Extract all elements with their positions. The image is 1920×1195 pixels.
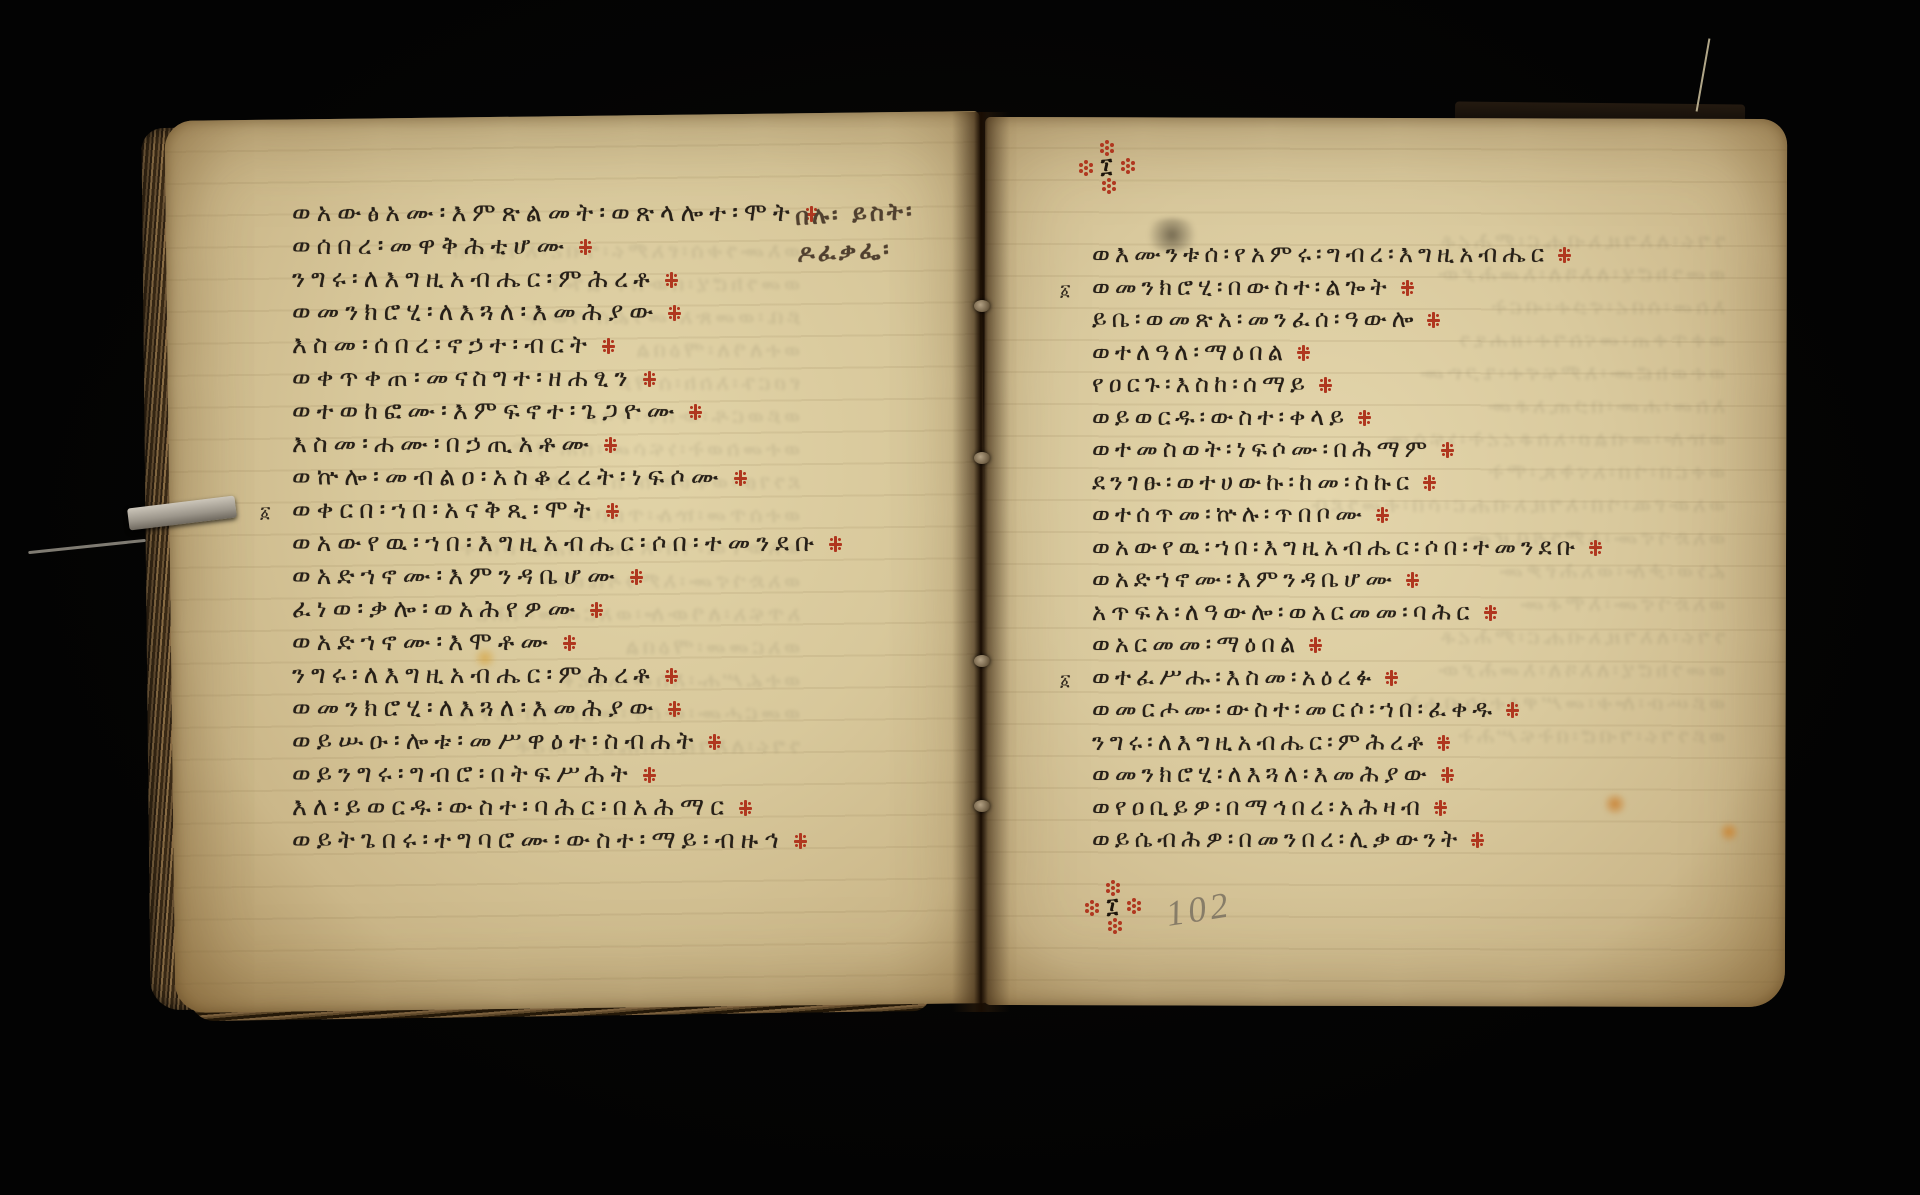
- rubric-cross-icon: [708, 734, 721, 750]
- rubric-cross-icon: [643, 371, 656, 387]
- rubric-cross-icon: [668, 701, 681, 717]
- rubric-cross-icon: [1484, 605, 1497, 621]
- geez-text: ወተለዓለ፡ማዕበል: [1092, 338, 1288, 366]
- manuscript-line: ወይሡዑ፡ሎቱ፡መሥዋዕተ፡ስብሐት: [292, 724, 842, 757]
- geez-text: የዐርጉ፡እስከ፡ሰማይ: [1092, 370, 1310, 398]
- manuscript-line: እለ፡ይወርዱ፡ውስተ፡ባሕር፡በአሕማር: [292, 790, 842, 823]
- sewing-thread-knot: [974, 300, 990, 312]
- rosette-icon: [1132, 904, 1136, 908]
- rosette-icon: [1105, 146, 1109, 150]
- geez-text: እስመ፡ሐሙ፡በኃጢአቶሙ: [292, 429, 595, 458]
- rubric-cross-icon: [1376, 507, 1389, 523]
- manuscript-line: ወይሴብሕዎ፡በመንበረ፡ሊቃውንት: [1092, 823, 1602, 856]
- rubric-cross-icon: [1437, 735, 1450, 751]
- geez-text: ወአድኀኖሙ፡እሞቶሙ: [292, 627, 554, 656]
- rubric-cross-icon: [739, 800, 752, 816]
- rubric-cross-icon: [1558, 247, 1571, 263]
- rubric-cross-icon: [602, 338, 615, 354]
- geez-text: ወቀጥቀጠ፡መናስግተ፡ዘሐፂን: [292, 363, 634, 392]
- manuscript-line: ወተለዓለ፡ማዕበል: [1092, 336, 1602, 369]
- cursive-annotation: በሉ፡ ይስት፡ ዶፈቃፌ፡: [794, 189, 988, 273]
- manuscript-line: ወመርሖሙ፡ውስተ፡መርሶ፡ኀበ፡ፈቀዱ: [1092, 693, 1602, 726]
- geez-text: ወተሰጥመ፡ኵሉ፡ጥበቦሙ: [1092, 500, 1367, 528]
- right-page-text-column: ወእሙንቱሰ፡የአምሩ፡ግብረ፡እግዚአብሔር፩ወመንክሮሂ፡በውስተ፡ልጐትይ…: [1092, 238, 1602, 856]
- geez-text: ወመንክሮሂ፡ለእጓለ፡እመሕያው: [1092, 760, 1432, 788]
- geez-text: ፈነወ፡ቃሎ፡ወአሕየዎሙ: [292, 594, 581, 623]
- marginal-number: ፩: [1060, 665, 1070, 698]
- parchment-stain: [1718, 822, 1740, 842]
- rubric-cross-icon: [794, 833, 807, 849]
- manuscript-line: ይቤ፡ወመጽአ፡መንፈሰ፡ዓውሎ: [1092, 303, 1602, 336]
- rosette-icon: [1084, 166, 1088, 170]
- rubric-cross-icon: [643, 767, 656, 783]
- geez-text: ንግሩ፡ለእግዚአብሔር፡ምሕረቶ: [1092, 728, 1428, 756]
- manuscript-line: እስመ፡ሐሙ፡በኃጢአቶሙ: [292, 427, 842, 460]
- rubric-cross-icon: [668, 305, 681, 321]
- geez-text: ወሰበረ፡መዋቅሕቲሆሙ: [292, 231, 570, 260]
- manuscript-line: ንግሩ፡ለእግዚአብሔር፡ምሕረቶ: [292, 658, 842, 691]
- rosette-icon: [1090, 906, 1094, 910]
- manuscript-line: ወተወከፎሙ፡እምፍኖተ፡ጌጋዮሙ: [292, 394, 842, 427]
- rubric-cross-icon: [1297, 345, 1310, 361]
- manuscript-line: ፩ወመንክሮሂ፡በውስተ፡ልጐት: [1092, 271, 1602, 304]
- manuscript-line: ወቀጥቀጠ፡መናስግተ፡ዘሐፂን: [292, 361, 842, 394]
- quire-mark-bottom: ፲: [1082, 878, 1144, 936]
- manuscript-line: ወመንክሮሂ፡ለእጓለ፡እመሕያው: [1092, 758, 1602, 791]
- rosette-icon: [1111, 886, 1115, 890]
- rubric-cross-icon: [579, 239, 592, 255]
- rubric-cross-icon: [734, 470, 747, 486]
- manuscript-line: ፩ወቀርበ፡ኀበ፡አናቅጺ፡ሞት: [292, 493, 842, 526]
- manuscript-line: ወአውየዉ፡ኀበ፡እግዚአብሔር፡ሶበ፡ተመንደቡ: [1092, 531, 1602, 564]
- manuscript-line: ንግሩ፡ለእግዚአብሔር፡ምሕረቶ: [1092, 726, 1602, 759]
- geez-text: ወአድኀኖሙ፡እምንዳቤሆሙ: [1092, 565, 1397, 593]
- manuscript-line: ፈነወ፡ቃሎ፡ወአሕየዎሙ: [292, 592, 842, 625]
- quire-numeral: ፲: [1107, 894, 1119, 919]
- geez-text: ወአውየዉ፡ኀበ፡እግዚአብሔር፡ሶበ፡ተመንደቡ: [292, 528, 820, 557]
- rubric-cross-icon: [606, 503, 619, 519]
- geez-text: ደንገፁ፡ወተሀውኩ፡ከመ፡ስኩር: [1092, 468, 1414, 496]
- geez-text: ወይሴብሕዎ፡በመንበረ፡ሊቃውንት: [1092, 825, 1462, 853]
- geez-text: እለ፡ይወርዱ፡ውስተ፡ባሕር፡በአሕማር: [292, 792, 730, 821]
- geez-text: ወመንክሮሂ፡ለእጓለ፡እመሕያው: [292, 297, 659, 326]
- geez-text: ንግሩ፡ለእግዚአብሔር፡ምሕረቶ: [292, 660, 656, 689]
- manuscript-line: ወአድኀኖሙ፡እምንዳቤሆሙ: [292, 559, 842, 592]
- manuscript-line: ወሰበረ፡መዋቅሕቲሆሙ: [292, 229, 842, 262]
- rubric-cross-icon: [1309, 637, 1322, 653]
- sewing-thread-knot: [974, 655, 990, 667]
- rubric-cross-icon: [689, 404, 702, 420]
- rubric-cross-icon: [563, 635, 576, 651]
- manuscript-line: ወአውፅአሙ፡እምጽልመት፡ወጽላሎተ፡ሞት: [292, 196, 842, 229]
- manuscript-line: ፩ወተፈሥሑ፡እስመ፡አዕረፉ: [1092, 661, 1602, 694]
- marginal-number: ፩: [260, 497, 270, 530]
- rubric-cross-icon: [665, 668, 678, 684]
- rubric-cross-icon: [1441, 442, 1454, 458]
- manuscript-line: ወመንክሮሂ፡ለእጓለ፡እመሕያው: [292, 295, 842, 328]
- rubric-cross-icon: [1423, 475, 1436, 491]
- geez-text: ወይወርዱ፡ውስተ፡ቀላይ: [1092, 403, 1349, 431]
- rubric-cross-icon: [829, 536, 842, 552]
- stray-fiber: [1696, 38, 1711, 111]
- geez-text: ወተመስወት፡ነፍሶሙ፡በሕማም: [1092, 435, 1432, 463]
- parchment-stain: [472, 648, 498, 668]
- manuscript-line: ወአውየዉ፡ኀበ፡እግዚአብሔር፡ሶበ፡ተመንደቡ: [292, 526, 842, 559]
- rubric-cross-icon: [1506, 702, 1519, 718]
- rubric-cross-icon: [1427, 312, 1440, 328]
- geez-text: ወተፈሥሑ፡እስመ፡አዕረፉ: [1092, 663, 1376, 691]
- rubric-cross-icon: [1434, 800, 1447, 816]
- rubric-cross-icon: [1406, 572, 1419, 588]
- geez-text: ንግሩ፡ለእግዚአብሔር፡ምሕረቶ: [292, 264, 656, 293]
- geez-text: ወመንክሮሂ፡ለእጓለ፡እመሕያው: [292, 693, 659, 722]
- left-page-text-column: ወአውፅአሙ፡እምጽልመት፡ወጽላሎተ፡ሞትወሰበረ፡መዋቅሕቲሆሙንግሩ፡ለእ…: [292, 196, 842, 856]
- marginal-number: ፩: [1060, 275, 1070, 308]
- rosette-icon: [1107, 184, 1111, 188]
- manuscript-line: ወመንክሮሂ፡ለእጓለ፡እመሕያው: [292, 691, 842, 724]
- geez-text: ወአውየዉ፡ኀበ፡እግዚአብሔር፡ሶበ፡ተመንደቡ: [1092, 533, 1580, 561]
- rubric-cross-icon: [1589, 540, 1602, 556]
- geez-text: ይቤ፡ወመጽአ፡መንፈሰ፡ዓውሎ: [1092, 305, 1418, 333]
- geez-text: ወይንግሩ፡ግብሮ፡በትፍሥሕት: [292, 759, 634, 788]
- manuscript-line: ደንገፁ፡ወተሀውኩ፡ከመ፡ስኩር: [1092, 466, 1602, 499]
- manuscript-line: ወተመስወት፡ነፍሶሙ፡በሕማም: [1092, 433, 1602, 466]
- geez-text: ወአርመመ፡ማዕበል: [1092, 630, 1300, 658]
- rubric-cross-icon: [1471, 832, 1484, 848]
- geez-text: ወይሡዑ፡ሎቱ፡መሥዋዕተ፡ስብሐት: [292, 726, 699, 755]
- geez-text: ወመንክሮሂ፡በውስተ፡ልጐት: [1092, 273, 1392, 301]
- geez-text: እስመ፡ሰበረ፡ኖኃተ፡ብርት: [292, 330, 593, 359]
- manuscript-line: ወተሰጥመ፡ኵሉ፡ጥበቦሙ: [1092, 498, 1602, 531]
- geez-text: ወአድኀኖሙ፡እምንዳቤሆሙ: [292, 561, 621, 590]
- geez-text: ወተወከፎሙ፡እምፍኖተ፡ጌጋዮሙ: [292, 396, 680, 425]
- manuscript-line: ወአድኀኖሙ፡እምንዳቤሆሙ: [1092, 563, 1602, 596]
- rosette-icon: [1126, 164, 1130, 168]
- bookmark-string: [28, 539, 146, 554]
- rubric-cross-icon: [665, 272, 678, 288]
- geez-text: ወቀርበ፡ኀበ፡አናቅጺ፡ሞት: [292, 495, 597, 524]
- manuscript-photo: ወእሙንቱሰ፡የአምሩ፡ግብረ፡እግዚአብሔርወመንክሮሂ፡በውስተ፡ልጐትይቤ…: [0, 0, 1920, 1195]
- rubric-cross-icon: [604, 437, 617, 453]
- rubric-cross-icon: [1358, 410, 1371, 426]
- quire-mark-top: ፲: [1076, 138, 1138, 196]
- manuscript-line: ወአርመመ፡ማዕበል: [1092, 628, 1602, 661]
- geez-text: ወመርሖሙ፡ውስተ፡መርሶ፡ኀበ፡ፈቀዱ: [1092, 695, 1497, 723]
- manuscript-line: እስመ፡ሰበረ፡ኖኃተ፡ብርት: [292, 328, 842, 361]
- rubric-cross-icon: [1319, 377, 1332, 393]
- manuscript-line: ወአድኀኖሙ፡እሞቶሙ: [292, 625, 842, 658]
- sewing-thread-knot: [974, 800, 990, 812]
- geez-text: ወኵሎ፡መብልዐ፡አስቆረረት፡ነፍሶሙ: [292, 462, 725, 491]
- quire-numeral: ፲: [1101, 154, 1113, 179]
- manuscript-line: ወየዐቢይዎ፡በማኅበረ፡አሕዛብ: [1092, 791, 1602, 824]
- geez-text: ወይትጌበሩ፡ተግባሮሙ፡ውስተ፡ማይ፡ብዙኅ: [292, 825, 785, 854]
- rubric-cross-icon: [1441, 767, 1454, 783]
- manuscript-line: ወኵሎ፡መብልዐ፡አስቆረረት፡ነፍሶሙ: [292, 460, 842, 493]
- manuscript-line: አጥፍአ፡ለዓውሎ፡ወአርመመ፡ባሕር: [1092, 596, 1602, 629]
- rubric-cross-icon: [630, 569, 643, 585]
- geez-text: አጥፍአ፡ለዓውሎ፡ወአርመመ፡ባሕር: [1092, 598, 1475, 626]
- sewing-thread-knot: [974, 452, 990, 464]
- manuscript-line: ንግሩ፡ለእግዚአብሔር፡ምሕረቶ: [292, 262, 842, 295]
- manuscript-line: ወይወርዱ፡ውስተ፡ቀላይ: [1092, 401, 1602, 434]
- manuscript-line: ወይንግሩ፡ግብሮ፡በትፍሥሕት: [292, 757, 842, 790]
- geez-text: ወአውፅአሙ፡እምጽልመት፡ወጽላሎተ፡ሞት: [292, 198, 796, 227]
- geez-text: ወየዐቢይዎ፡በማኅበረ፡አሕዛብ: [1092, 793, 1425, 821]
- manuscript-line: የዐርጉ፡እስከ፡ሰማይ: [1092, 368, 1602, 401]
- rubric-cross-icon: [1385, 670, 1398, 686]
- rosette-icon: [1113, 924, 1117, 928]
- ink-smudge: [1142, 218, 1202, 252]
- rubric-cross-icon: [590, 602, 603, 618]
- manuscript-line: ወይትጌበሩ፡ተግባሮሙ፡ውስተ፡ማይ፡ብዙኅ: [292, 823, 842, 856]
- rubric-cross-icon: [1401, 280, 1414, 296]
- parchment-stain: [1602, 793, 1628, 815]
